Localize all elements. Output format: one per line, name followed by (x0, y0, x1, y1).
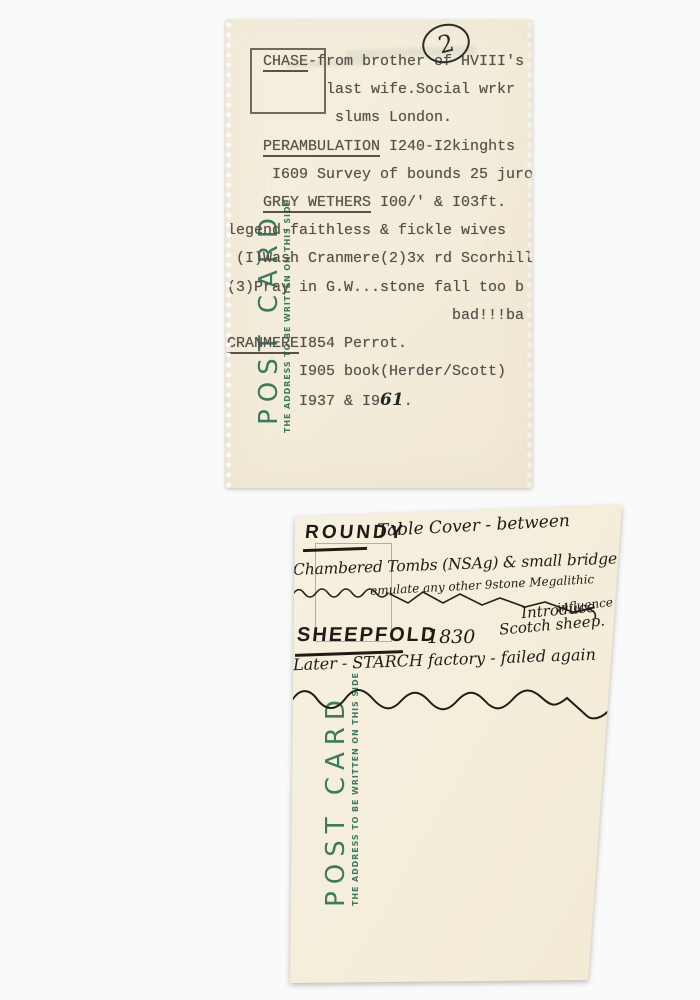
typed-text: I240-I2kinghts (380, 138, 515, 155)
typed-text: (I)Wash Cranmere(2)3x rd Scorhill (227, 250, 532, 267)
typed-underlined-heading: CHASE (263, 53, 308, 72)
typed-line: slums London. (227, 104, 532, 132)
typed-line: (3)Pray in G.W...stone fall too b (227, 274, 532, 302)
typed-line: (I)Wash Cranmere(2)3x rd Scorhill (227, 245, 532, 273)
typed-text (227, 53, 263, 70)
typed-underlined-heading: PERAMBULATION (263, 138, 380, 157)
perforated-edge (526, 20, 532, 488)
handwritten-ink-correction: 61 (380, 390, 404, 410)
typed-text: legend-faithless & fickle wives (227, 222, 506, 239)
typed-line: bad!!!ba (227, 302, 532, 330)
typed-text: I609 Survey of bounds 25 jurors (227, 166, 532, 183)
typed-line: GREY WETHERS I00/' & I03ft. (227, 189, 532, 217)
typed-text: slums London. (227, 109, 452, 126)
handwritten-year: 1830 (427, 626, 475, 648)
postcard-bottom-wrapper: POST CARD THE ADDRESS TO BE WRITTEN ON T… (285, 502, 635, 985)
typed-text: I00/' & I03ft. (371, 194, 506, 211)
handwritten-line: Table Cover - between (377, 511, 571, 541)
typed-line: legend-faithless & fickle wives (227, 217, 532, 245)
typed-line: PERAMBULATION I240-I2kinghts (227, 133, 532, 161)
typed-line: I937 & I961. (227, 386, 532, 416)
typed-line: CHASE-from brother of HVIII's (227, 48, 532, 76)
typed-text: I937 & I9 (227, 393, 380, 410)
typed-text: -from brother of HVIII's (308, 53, 524, 70)
typed-notes-block: CHASE-from brother of HVIII's last wife.… (227, 48, 532, 417)
typed-line: I609 Survey of bounds 25 jurors (227, 161, 532, 189)
typed-line: CRANMEREI854 Perrot. (227, 330, 532, 358)
handwritten-line: Later - STARCH factory - failed again (293, 645, 596, 675)
typed-underlined-heading: GREY WETHERS (263, 194, 371, 213)
typed-underlined-heading: CRANMERE (227, 335, 299, 354)
postcard-top: 2 POST CARD THE ADDRESS TO BE WRITTEN ON… (226, 20, 532, 488)
typed-text (227, 138, 263, 155)
postcard-bottom: POST CARD THE ADDRESS TO BE WRITTEN ON T… (285, 502, 635, 985)
typed-text (227, 194, 263, 211)
typed-line: last wife.Social wrkr (227, 76, 532, 104)
typed-text: last wife.Social wrkr (227, 81, 515, 98)
wavy-divider-line (289, 680, 623, 726)
typed-text: I905 book(Herder/Scott) (227, 363, 506, 380)
typed-text: I854 Perrot. (299, 335, 407, 352)
handwritten-keyword-sheepfold: SHEEPFOLD (296, 624, 439, 647)
perforated-edge (226, 20, 232, 488)
scribble-strikethrough (290, 580, 610, 622)
scan-background: { "colors": { "paper": "#f4eedd", "backg… (0, 0, 700, 1000)
typed-line: I905 book(Herder/Scott) (227, 358, 532, 386)
typed-text: bad!!!ba (227, 307, 524, 324)
typed-text: (3)Pray in G.W...stone fall too b (227, 279, 524, 296)
typed-text: . (404, 393, 413, 410)
page-number: 2 (435, 28, 457, 59)
